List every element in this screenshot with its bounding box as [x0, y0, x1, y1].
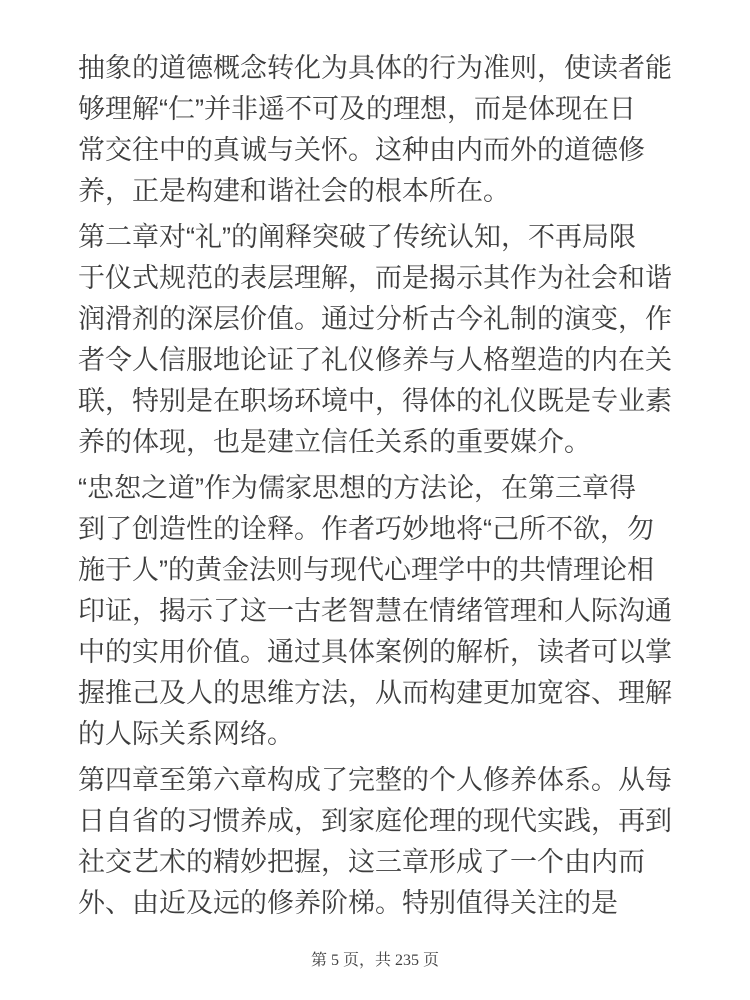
document-page: 抽象的道德概念转化为具体的行为准则，使读者能 够理解“仁”并非遥不可及的理想，而… [0, 0, 750, 1000]
paragraph: 第二章对“礼”的阐释突破了传统认知，不再局限 于仪式规范的表层理解，而是揭示其作… [78, 217, 672, 463]
page-number-indicator: 第 5 页，共 235 页 [0, 947, 750, 970]
page-content: 抽象的道德概念转化为具体的行为准则，使读者能 够理解“仁”并非遥不可及的理想，而… [78, 48, 672, 929]
paragraph: 第四章至第六章构成了完整的个人修养体系。从每 日自省的习惯养成，到家庭伦理的现代… [78, 760, 672, 924]
paragraph: 抽象的道德概念转化为具体的行为准则，使读者能 够理解“仁”并非遥不可及的理想，而… [78, 48, 672, 212]
paragraph: “忠恕之道”作为儒家思想的方法论，在第三章得 到了创造性的诠释。作者巧妙地将“己… [78, 468, 672, 755]
